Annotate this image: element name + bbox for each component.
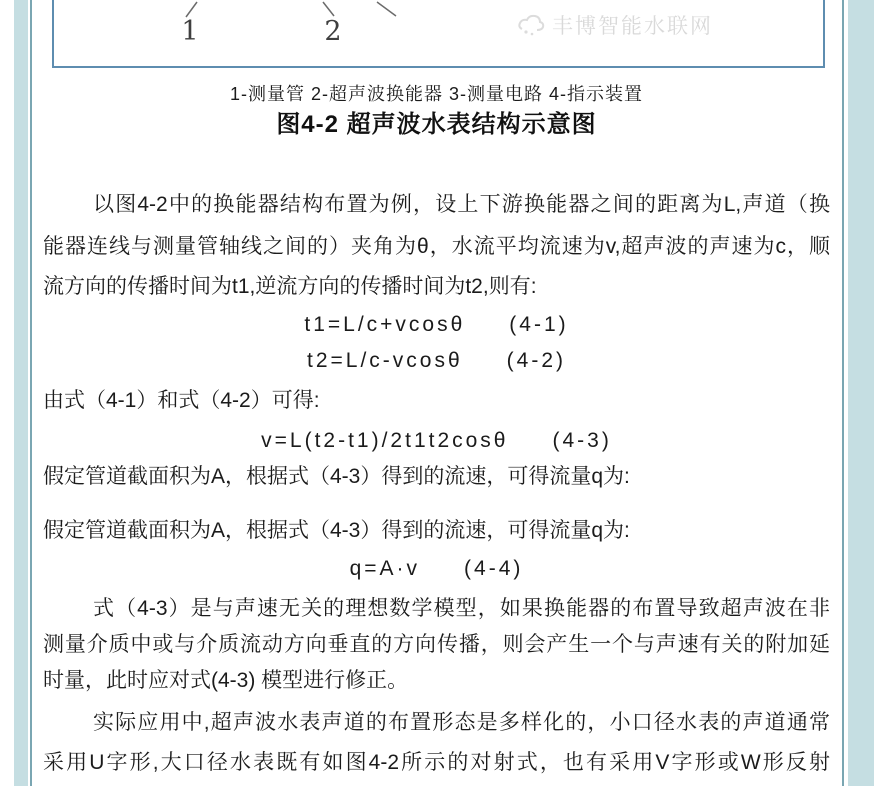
figure-part-label-2: 2 — [324, 16, 341, 47]
body-line: 假定管道截面积为A，根据式（4-3）得到的流速，可得流量q为: — [43, 456, 830, 497]
formula-line-4-2: t2=L/c-vcosθ(4-2) — [43, 340, 830, 381]
right-frame-rule — [842, 0, 844, 786]
figure-title: 图4-2 超声波水表结构示意图 — [43, 104, 830, 139]
right-frame-band — [848, 0, 874, 786]
watermark-logo-icon — [516, 11, 546, 39]
watermark-text: 丰博智能水联网 — [552, 10, 713, 40]
formula-line-4-4: q=A·v(4-4) — [43, 548, 830, 589]
body-line: 流方向的传播时间为t1,逆流方向的传播时间为t2,则有: — [43, 266, 830, 307]
formula-number: (4-3) — [553, 429, 612, 452]
formula-number: (4-2) — [507, 349, 566, 372]
body-line: 以图4-2中的换能器结构布置为例，设上下游换能器之间的距离为L,声道（换 — [43, 184, 830, 225]
figure-caption: 1-测量管 2-超声波换能器 3-测量电路 4-指示装置 — [43, 80, 830, 106]
formula-number: (4-4) — [464, 557, 523, 580]
body-line: 由式（4-1）和式（4-2）可得: — [43, 380, 830, 421]
figure-part-label-1: 1 — [181, 16, 198, 47]
body-line: 能器连线与测量管轴线之间的）夹角为θ，水流平均流速为v,超声波的声速为c，顺 — [43, 226, 830, 267]
left-frame-rule — [30, 0, 32, 786]
left-frame-band — [14, 0, 28, 786]
formula-expression: q=A·v — [350, 557, 420, 580]
body-line: 实际应用中,超声波水表声道的布置形态是多样化的，小口径水表的声道通常 — [43, 702, 830, 743]
body-line: 测量介质中或与介质流动方向垂直的方向传播，则会产生一个与声速有关的附加延 — [43, 624, 830, 665]
figure-box: 1 2 丰博智能水联网 — [52, 0, 825, 68]
body-line: 假定管道截面积为A，根据式（4-3）得到的流速，可得流量q为: — [43, 510, 830, 551]
formula-expression: t1=L/c+vcosθ — [304, 313, 465, 336]
formula-expression: v=L(t2-t1)/2t1t2cosθ — [261, 429, 508, 452]
watermark: 丰博智能水联网 — [516, 10, 713, 40]
formula-number: (4-1) — [509, 313, 568, 336]
body-line: 式（4-3）是与声速无关的理想数学模型，如果换能器的布置导致超声波在非 — [43, 588, 830, 629]
formula-expression: t2=L/c-vcosθ — [307, 349, 463, 372]
formula-line-4-3: v=L(t2-t1)/2t1t2cosθ(4-3) — [43, 420, 830, 461]
document-page: 1 2 丰博智能水联网 1-测量管 2-超声波换能器 3-测量电路 4-指示装置… — [0, 0, 874, 786]
body-line: 采用U字形,大口径水表既有如图4-2所示的对射式，也有采用V字形或W形反射 — [43, 742, 830, 783]
formula-line-4-1: t1=L/c+vcosθ(4-1) — [43, 304, 830, 345]
body-line: 时量，此时应对式(4-3) 模型进行修正。 — [43, 660, 830, 701]
